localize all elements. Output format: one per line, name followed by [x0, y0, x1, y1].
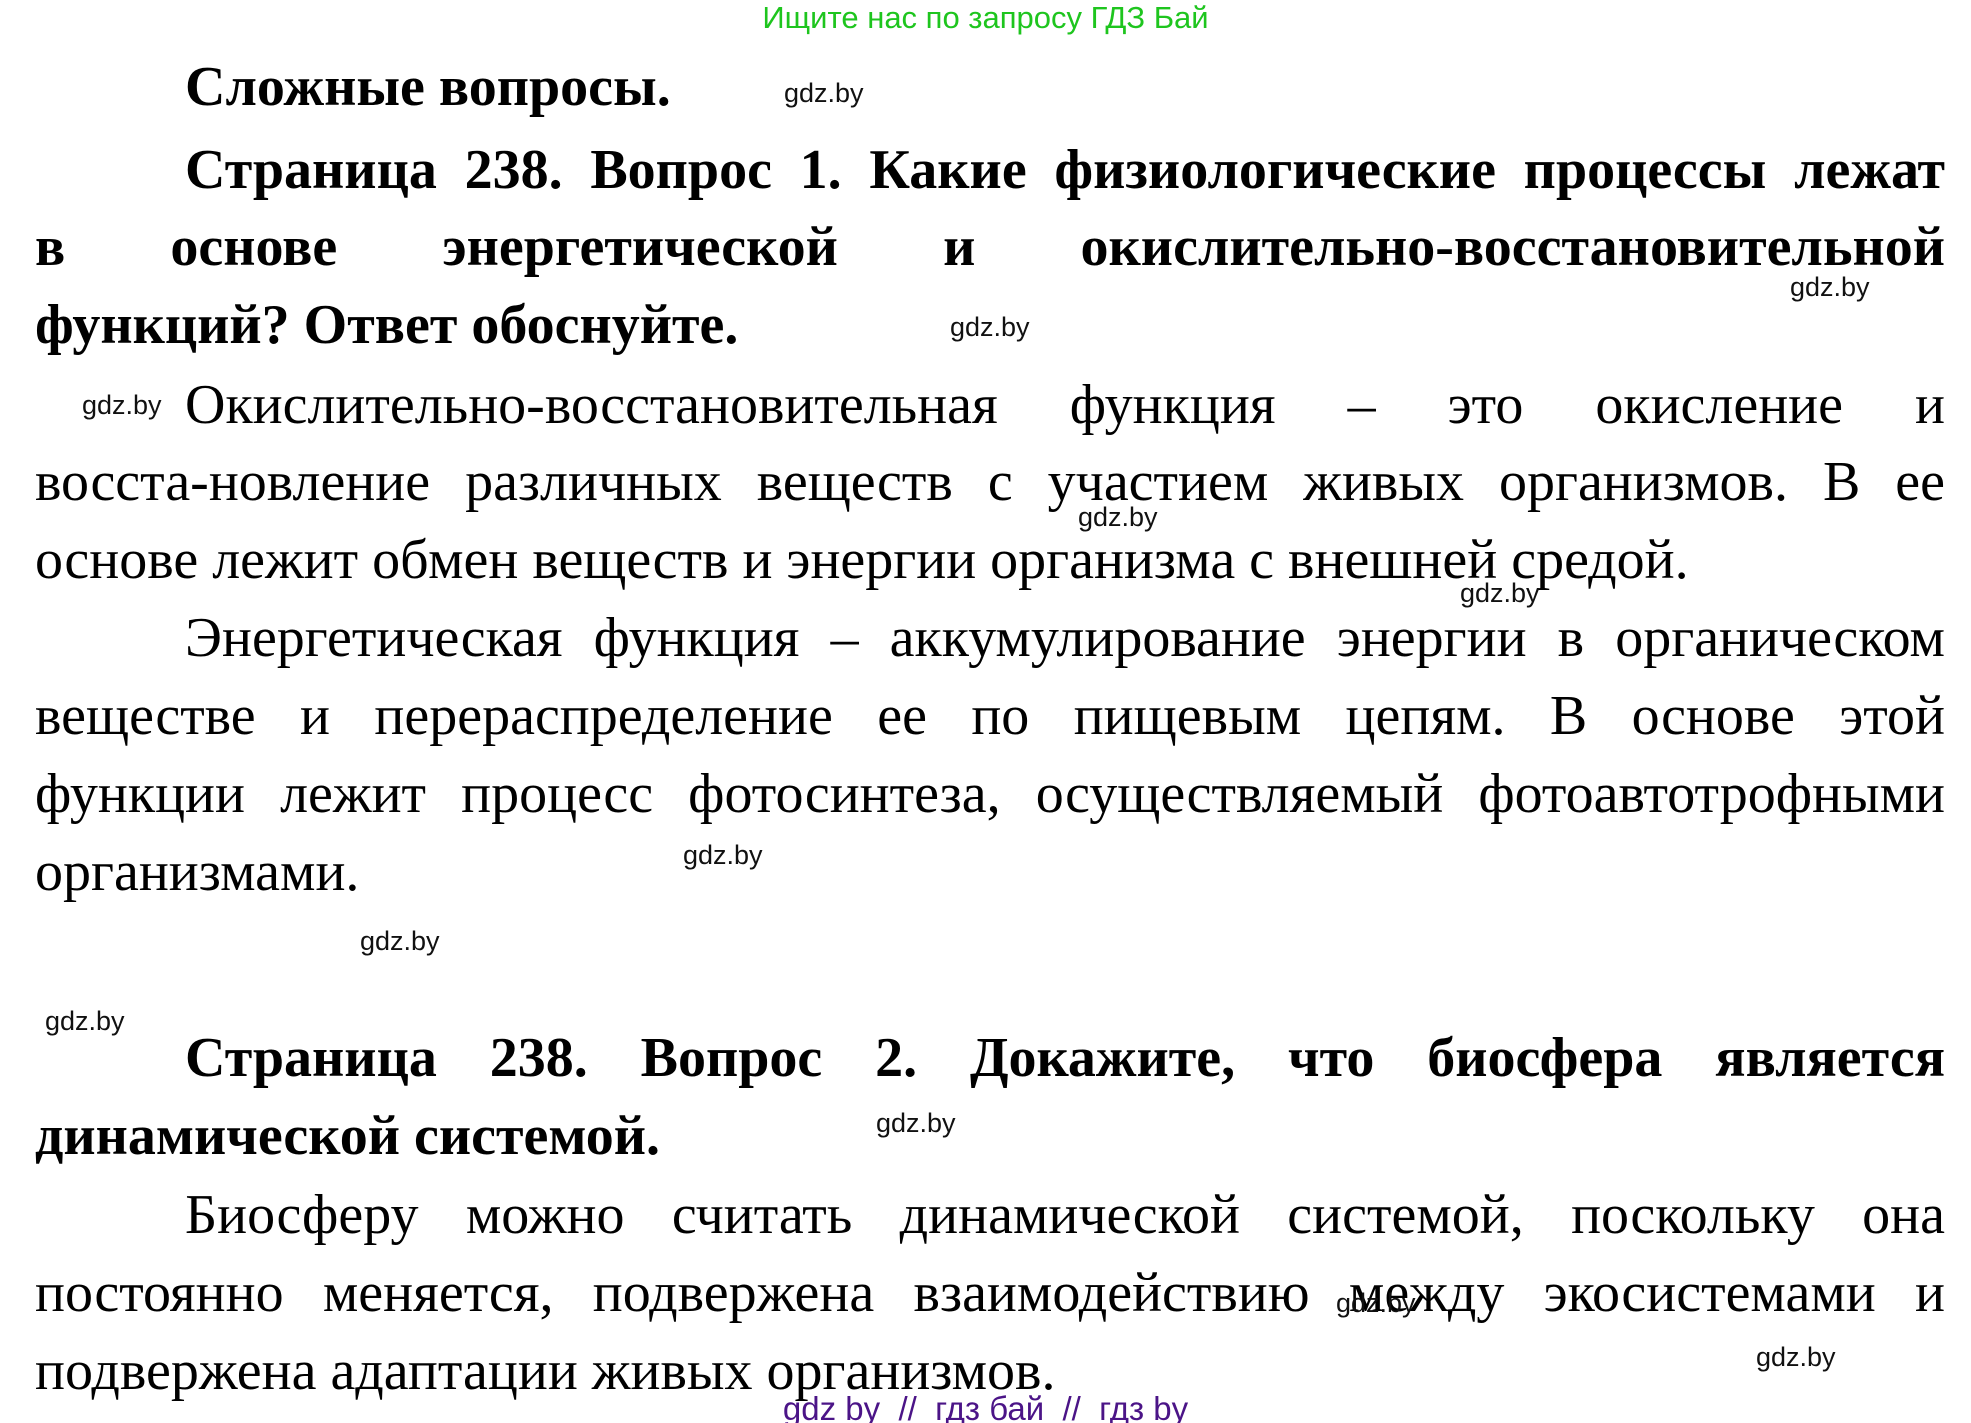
watermark: gdz.by	[360, 926, 440, 957]
answer-1-para-1-line-3: основе лежит обмен веществ и энергии орг…	[35, 528, 1945, 592]
footer-links: gdz by // гдз бай // гдз by	[0, 1390, 1971, 1423]
answer-1-para-2-line-4: организмами.	[35, 840, 1945, 904]
watermark: gdz.by	[82, 390, 162, 421]
watermark: gdz.by	[45, 1006, 125, 1037]
section-title: Сложные вопросы.	[185, 55, 671, 119]
watermark: gdz.by	[1460, 578, 1540, 609]
answer-1-para-1-line-1: Окислительно-восстановительная функция –…	[35, 373, 1945, 437]
question-2-line-2: динамической системой.	[35, 1104, 1945, 1168]
answer-2-line-1: Биосферу можно считать динамической сист…	[35, 1183, 1945, 1247]
answer-1-para-2-line-1: Энергетическая функция – аккумулирование…	[35, 606, 1945, 670]
watermark: gdz.by	[1336, 1288, 1416, 1319]
watermark: gdz.by	[1756, 1342, 1836, 1373]
watermark: gdz.by	[1078, 502, 1158, 533]
question-1-line-2: в основе энергетической и окислительно-в…	[35, 215, 1945, 279]
watermark: gdz.by	[876, 1108, 956, 1139]
answer-2-line-2: постоянно меняется, подвержена взаимодей…	[35, 1261, 1945, 1325]
question-2-line-1: Страница 238. Вопрос 2. Докажите, что би…	[35, 1026, 1945, 1090]
watermark: gdz.by	[784, 78, 864, 109]
question-1-line-1: Страница 238. Вопрос 1. Какие физиологич…	[35, 138, 1945, 202]
answer-1-para-2-line-2: веществе и перераспределение ее по пищев…	[35, 684, 1945, 748]
watermark: gdz.by	[683, 840, 763, 871]
watermark: gdz.by	[950, 312, 1030, 343]
answer-1-para-2-line-3: функции лежит процесс фотосинтеза, осуще…	[35, 762, 1945, 826]
watermark: gdz.by	[1790, 272, 1870, 303]
answer-1-para-1-line-2: восста-новление различных веществ с учас…	[35, 450, 1945, 514]
search-banner: Ищите нас по запросу ГДЗ Бай	[0, 0, 1971, 36]
